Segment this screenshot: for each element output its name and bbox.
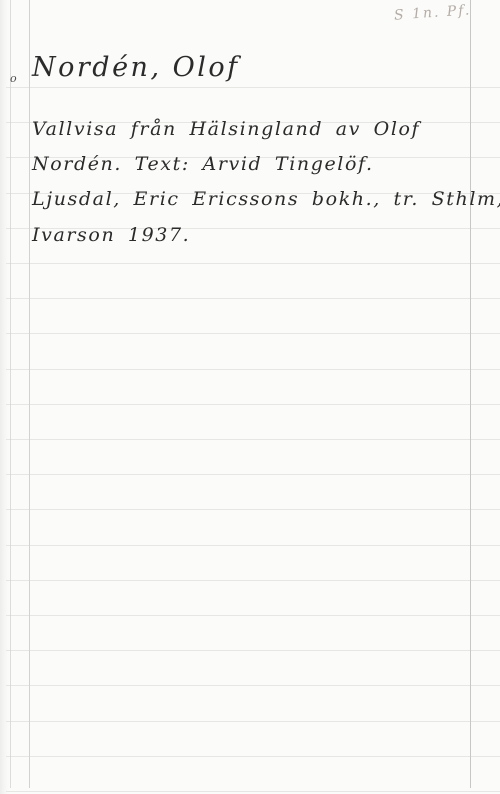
- shelf-mark-note: S 1n. Pf.: [394, 2, 472, 23]
- card-heading: Nordén, Olof: [32, 52, 240, 83]
- body-line-2: Nordén. Text: Arvid Tingelöf.: [32, 147, 494, 182]
- card-body: Vallvisa från Hälsingland av Olof Nordén…: [32, 112, 494, 253]
- left-edge-line: [10, 0, 11, 788]
- body-line-1: Vallvisa från Hälsingland av Olof: [32, 112, 494, 147]
- left-margin-line: [29, 0, 30, 788]
- margin-circle-mark: o: [10, 72, 17, 85]
- catalog-card: S 1n. Pf. o Nordén, Olof Vallvisa från H…: [0, 0, 500, 794]
- body-line-4: Ivarson 1937.: [32, 218, 494, 253]
- body-line-3: Ljusdal, Eric Ericssons bokh., tr. Sthlm…: [32, 182, 494, 217]
